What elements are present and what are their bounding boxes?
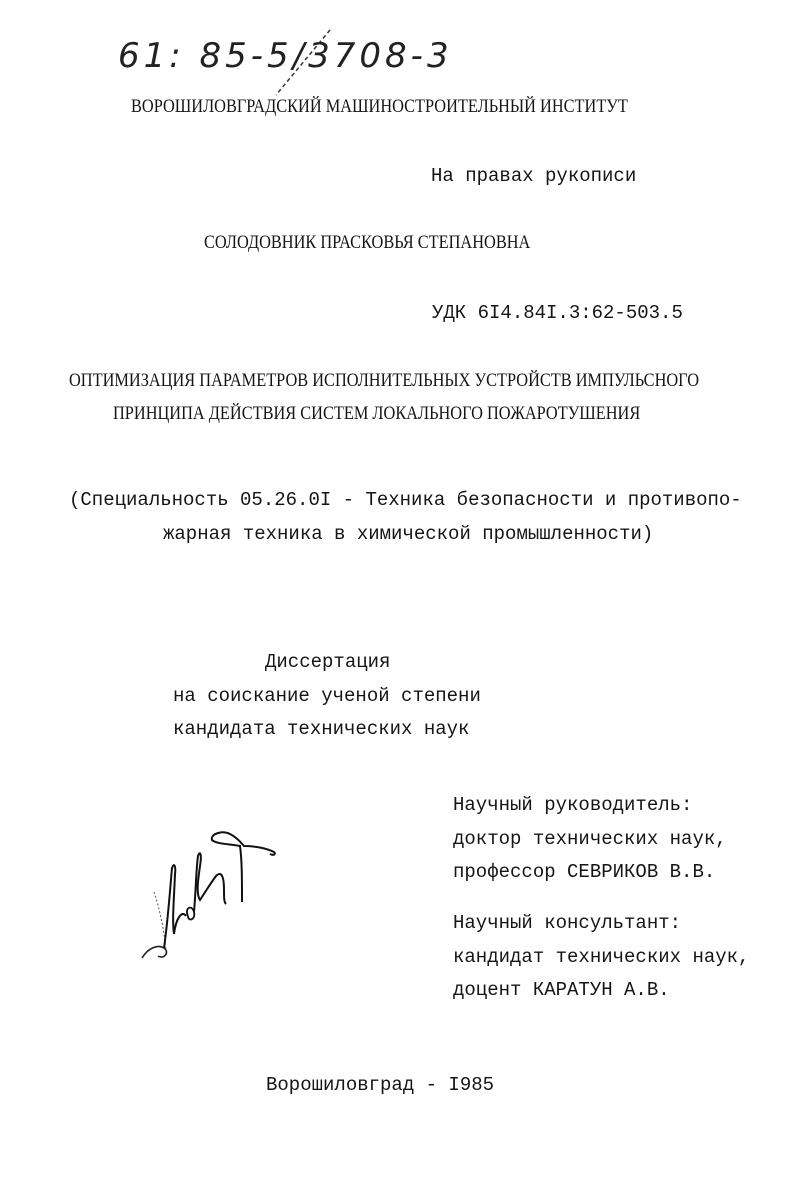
specialty-line-1: (Специальность 05.26.0I - Техника безопа…	[69, 489, 742, 511]
dissertation-title-page: 61: 85-5/3708-3 ВОРОШИЛОВГРАДСКИЙ МАШИНО…	[0, 0, 793, 1202]
handwritten-slash-mark	[0, 0, 793, 140]
author-name: СОЛОДОВНИК ПРАСКОВЬЯ СТЕПАНОВНА	[204, 232, 530, 254]
degree-line-1: Диссертация	[265, 651, 390, 673]
supervisor-name: профессор СЕВРИКОВ В.В.	[453, 861, 715, 883]
place-and-year: Ворошиловград - I985	[266, 1074, 494, 1096]
consultant-degree: кандидат технических наук,	[453, 946, 749, 968]
institution-name: ВОРОШИЛОВГРАДСКИЙ МАШИНОСТРОИТЕЛЬНЫЙ ИНС…	[131, 96, 628, 118]
supervisor-label: Научный руководитель:	[453, 794, 692, 816]
specialty-line-2: жарная техника в химической промышленнос…	[163, 523, 653, 545]
consultant-label: Научный консультант:	[453, 912, 681, 934]
title-line-2: ПРИНЦИПА ДЕЙСТВИЯ СИСТЕМ ЛОКАЛЬНОГО ПОЖА…	[113, 403, 640, 425]
supervisor-degree: доктор технических наук,	[453, 828, 727, 850]
manuscript-rights-note: На правах рукописи	[431, 165, 636, 187]
title-line-1: ОПТИМИЗАЦИЯ ПАРАМЕТРОВ ИСПОЛНИТЕЛЬНЫХ УС…	[69, 370, 699, 392]
signature-icon	[130, 810, 300, 980]
degree-line-2: на соискание ученой степени	[173, 685, 481, 707]
consultant-name: доцент КАРАТУН А.В.	[453, 979, 670, 1001]
udk-code: УДК 6I4.84I.3:62-503.5	[432, 302, 683, 324]
degree-line-3: кандидата технических наук	[173, 718, 469, 740]
